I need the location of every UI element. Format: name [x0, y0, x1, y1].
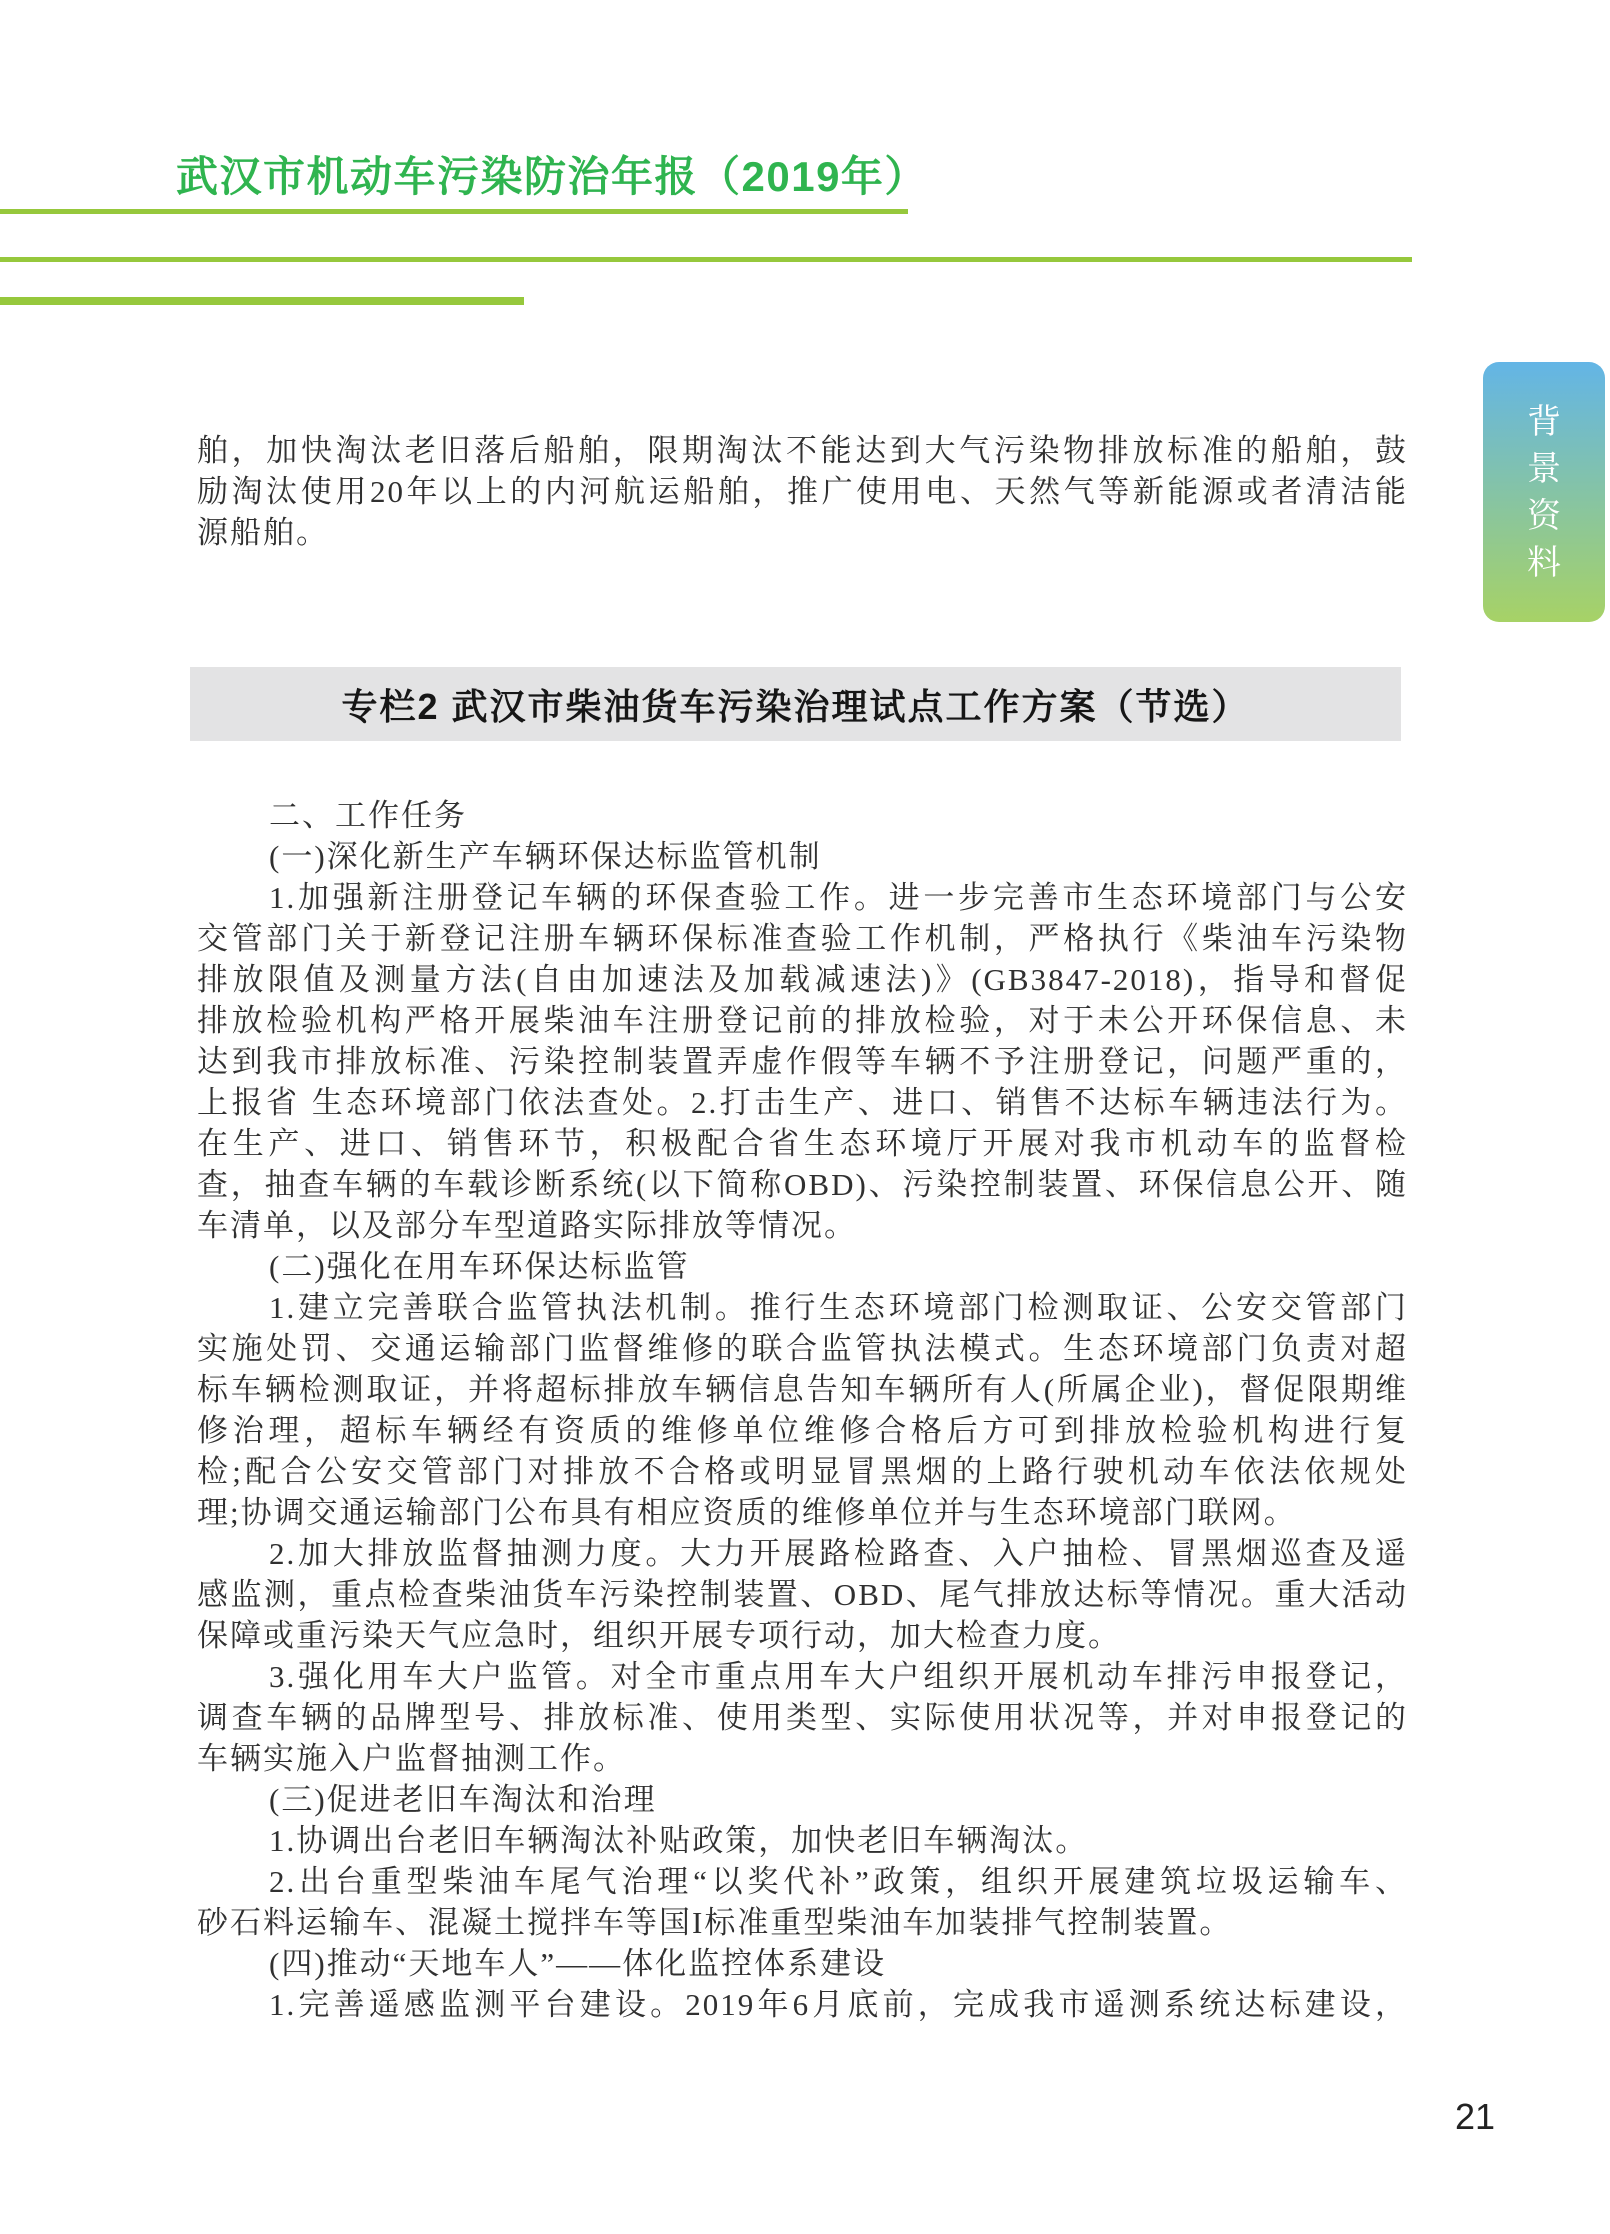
tab-char: 景 [1527, 452, 1561, 486]
text-line: 1.建立完善联合监管执法机制。推行生态环境部门检测取证、公安交管部门 [197, 1287, 1408, 1328]
text-line: 二、工作任务 [197, 795, 1408, 836]
feature-box: 专栏2 武汉市柴油货车污染治理试点工作方案（节选） [190, 667, 1401, 741]
text-line: (一)深化新生产车辆环保达标监管机制 [197, 836, 1408, 877]
text-line: 感监测，重点检查柴油货车污染控制装置、OBD、尾气排放达标等情况。重大活动 [197, 1574, 1408, 1615]
text-line: (三)促进老旧车淘汰和治理 [197, 1779, 1408, 1820]
page-number: 21 [1455, 2096, 1495, 2138]
report-page: 武汉市机动车污染防治年报（2019年） 背景资料 舶，加快淘汰老旧落后船舶，限期… [0, 0, 1610, 2234]
text-line: 理;协调交通运输部门公布具有相应资质的维修单位并与生态环境部门联网。 [197, 1492, 1408, 1533]
text-line: 查，抽查车辆的车载诊断系统(以下简称OBD)、污染控制装置、环保信息公开、随 [197, 1164, 1408, 1205]
tab-char: 资 [1527, 499, 1561, 533]
page-header-title: 武汉市机动车污染防治年报（2019年） [176, 144, 928, 204]
tab-char: 料 [1527, 546, 1561, 580]
text-line: 排放检验机构严格开展柴油车注册登记前的排放检验，对于未公开环保信息、未 [197, 1000, 1408, 1041]
text-line: 交管部门关于新登记注册车辆环保标准查验工作机制，严格执行《柴油车污染物 [197, 918, 1408, 959]
text-line: 调查车辆的品牌型号、排放标准、使用类型、实际使用状况等，并对申报登记的 [197, 1697, 1408, 1738]
feature-box-title: 专栏2 武汉市柴油货车污染治理试点工作方案（节选） [341, 679, 1249, 730]
text-line: (四)推动“天地车人”——体化监控体系建设 [197, 1943, 1408, 1984]
text-line: 检;配合公安交管部门对排放不合格或明显冒黑烟的上路行驶机动车依法依规处 [197, 1451, 1408, 1492]
text-line: 励淘汰使用20年以上的内河航运船舶，推广使用电、天然气等新能源或者清洁能 [197, 471, 1408, 512]
text-line: 车清单，以及部分车型道路实际排放等情况。 [197, 1205, 1408, 1246]
text-line: 保障或重污染天气应急时，组织开展专项行动，加大检查力度。 [197, 1615, 1408, 1656]
text-line: 修治理，超标车辆经有资质的维修单位维修合格后方可到排放检验机构进行复 [197, 1410, 1408, 1451]
text-line: 在生产、进口、销售环节，积极配合省生态环境厅开展对我市机动车的监督检 [197, 1123, 1408, 1164]
header-rule-accent [0, 297, 524, 305]
text-line: 2.加大排放监督抽测力度。大力开展路检路查、入户抽检、冒黑烟巡查及遥 [197, 1533, 1408, 1574]
text-line: 砂石料运输车、混凝土搅拌车等国I标准重型柴油车加装排气控制装置。 [197, 1902, 1408, 1943]
chapter-tab-background-info: 背景资料 [1483, 362, 1605, 622]
text-line: 上报省 生态环境部门依法查处。2.打击生产、进口、销售不达标车辆违法行为。 [197, 1082, 1408, 1123]
text-line: 1.协调出台老旧车辆淘汰补贴政策，加快老旧车辆淘汰。 [197, 1820, 1408, 1861]
header-rule-primary [0, 209, 908, 214]
tab-char: 背 [1527, 405, 1561, 439]
box-body-text: 二、工作任务(一)深化新生产车辆环保达标监管机制1.加强新注册登记车辆的环保查验… [197, 795, 1408, 2025]
text-line: 实施处罚、交通运输部门监督维修的联合监管执法模式。生态环境部门负责对超 [197, 1328, 1408, 1369]
text-line: 2.出台重型柴油车尾气治理“以奖代补”政策，组织开展建筑垃圾运输车、 [197, 1861, 1408, 1902]
text-line: 1.完善遥感监测平台建设。2019年6月底前，完成我市遥测系统达标建设， [197, 1984, 1408, 2025]
text-line: 车辆实施入户监督抽测工作。 [197, 1738, 1408, 1779]
text-line: 舶，加快淘汰老旧落后船舶，限期淘汰不能达到大气污染物排放标准的船舶，鼓 [197, 430, 1408, 471]
text-line: 标车辆检测取证，并将超标排放车辆信息告知车辆所有人(所属企业)，督促限期维 [197, 1369, 1408, 1410]
text-line: 3.强化用车大户监管。对全市重点用车大户组织开展机动车排污申报登记， [197, 1656, 1408, 1697]
text-line: 1.加强新注册登记车辆的环保查验工作。进一步完善市生态环境部门与公安 [197, 877, 1408, 918]
header-rule-secondary [0, 257, 1412, 262]
text-line: 排放限值及测量方法(自由加速法及加载减速法)》(GB3847-2018)，指导和… [197, 959, 1408, 1000]
intro-paragraph: 舶，加快淘汰老旧落后船舶，限期淘汰不能达到大气污染物排放标准的船舶，鼓励淘汰使用… [197, 430, 1408, 553]
text-line: (二)强化在用车环保达标监管 [197, 1246, 1408, 1287]
text-line: 达到我市排放标准、污染控制装置弄虚作假等车辆不予注册登记，问题严重的， [197, 1041, 1408, 1082]
text-line: 源船舶。 [197, 512, 1408, 553]
